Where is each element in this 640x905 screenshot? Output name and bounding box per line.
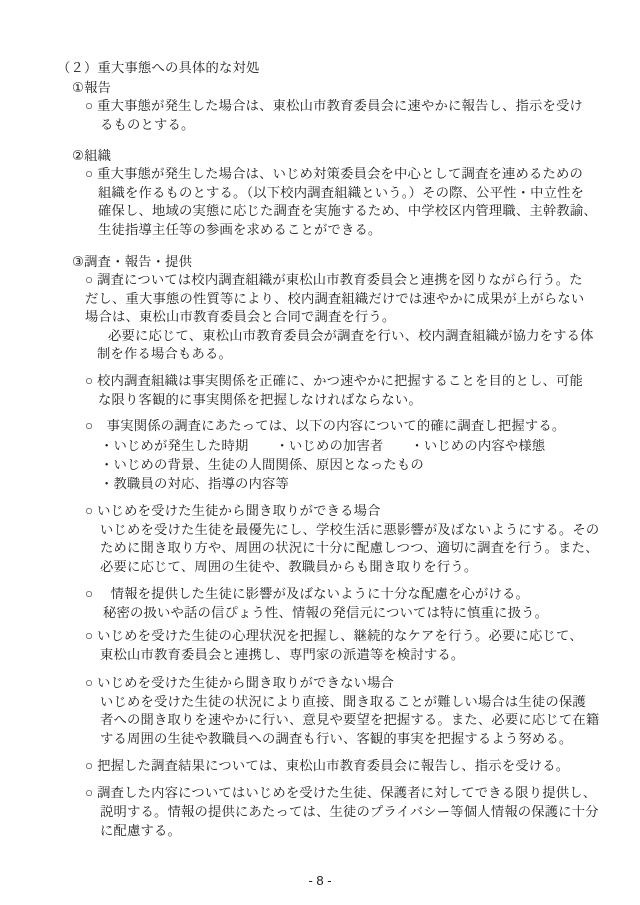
text-line: 組織を作るものとする。（以下校内調査組織という。）その際、公平性・中立性を [98, 183, 584, 202]
subsection-heading-2: ②組織 [72, 146, 111, 165]
text-line: 秘密の扱いや話の信ぴょう性、情報の発信元については特に慎重に扱う。 [103, 603, 548, 622]
text-line: 確保し、地域の実態に応じた調査を実施するため、中学校区内管理職、主幹教諭、 [98, 201, 597, 220]
text-line: 者への聞き取りを速やかに行い、意見や要望を把握する。また、必要に応じて在籍 [100, 710, 599, 729]
text-line: だし、重大事態の性質等により、校内調査組織だけでは速やかに成果が上がらない [85, 289, 584, 308]
text-line: に配慮する。 [100, 821, 181, 840]
text-line: るものとする。 [100, 115, 194, 134]
section-heading: （２）重大事態への具体的な対処 [57, 58, 259, 77]
text-line: 必要に応じて、東松山市教育委員会が調査を行い、校内調査組織が協力をする体 [108, 326, 594, 345]
text-line: 生徒指導主任等の参画を求めることができる。 [98, 220, 381, 239]
text-line: ○ いじめを受けた生徒の心理状況を把握し、継続的なケアを行う。必要に応じて、 [85, 626, 583, 645]
text-line: ・いじめの背景、生徒の人間関係、原因となったもの [100, 455, 424, 474]
text-line: ○ いじめを受けた生徒から聞き取りができる場合 [85, 501, 381, 520]
text-line: ○ 重大事態が発生した場合は、いじめ対策委員会を中心として調査を連めるための [85, 164, 583, 183]
text-line: 東松山市教育委員会と連携し、専門家の派遣等を検討する。 [100, 645, 464, 664]
text-line: する周囲の生徒や教職員への調査も行い、客観的事実を把握するよう努める。 [100, 729, 572, 748]
text-line: ○ いじめを受けた生徒から聞き取りができない場合 [85, 673, 394, 692]
text-line: ○ 調査した内容についてはいじめを受けた生徒、保護者に対してできる限り提供し、 [85, 783, 596, 802]
text-line: 場合は、東松山市教育委員会と合同で調査を行う。 [85, 307, 395, 326]
text-line: ○ 把握した調査結果については、東松山市教育委員会に報告し、指示を受ける。 [85, 756, 569, 775]
text-line: 制を作る場合もある。 [97, 344, 232, 363]
text-line: 説明する。情報の提供にあたっては、生徒のプライバシー等個人情報の保護に十分 [100, 802, 599, 821]
text-line: ○ 校内調査組織は事実関係を正確に、かつ速やかに把握することを目的とし、可能 [85, 371, 583, 390]
text-line: ○ 調査については校内調査組織が東松山市教育委員会と連携を図りながら行う。た [85, 270, 583, 289]
text-line: ・教職員の対応、指導の内容等 [100, 474, 289, 493]
text-line: ○ 事実関係の調査にあたっては、以下の内容について的確に調査し把握する。 [85, 416, 565, 435]
text-line: いじめを受けた生徒を最優先にし、学校生活に悪影響が及ばないようにする。その [100, 520, 599, 539]
subsection-heading-3: ③調査・報告・提供 [72, 252, 192, 271]
text-line: 必要に応じて、周囲の生徒や、教職員からも聞き取りを行う。 [100, 557, 477, 576]
subsection-heading-1: ①報告 [72, 78, 111, 97]
text-line: ○ 重大事態が発生した場合は、東松山市教育委員会に速やかに報告し、指示を受け [85, 96, 583, 115]
text-line: いじめを受けた生徒の状況により直接、聞き取ることが難しい場合は生徒の保護 [100, 692, 586, 711]
text-line: ために聞き取り方や、周囲の状況に十分に配慮しつつ、適切に調査を行う。また、 [100, 538, 599, 557]
document-page: （２）重大事態への具体的な対処 ①報告 ○ 重大事態が発生した場合は、東松山市教… [0, 0, 640, 905]
page-number: - 8 - [0, 871, 640, 890]
text-line: ・いじめが発生した時期 ・いじめの加害者 ・いじめの内容や様態 [100, 436, 545, 455]
text-line: な限り客観的に事実関係を把握しなければならない。 [98, 390, 422, 409]
text-line: ○ 情報を提供した生徒に影響が及ばないように十分な配慮を心がける。 [85, 584, 529, 603]
